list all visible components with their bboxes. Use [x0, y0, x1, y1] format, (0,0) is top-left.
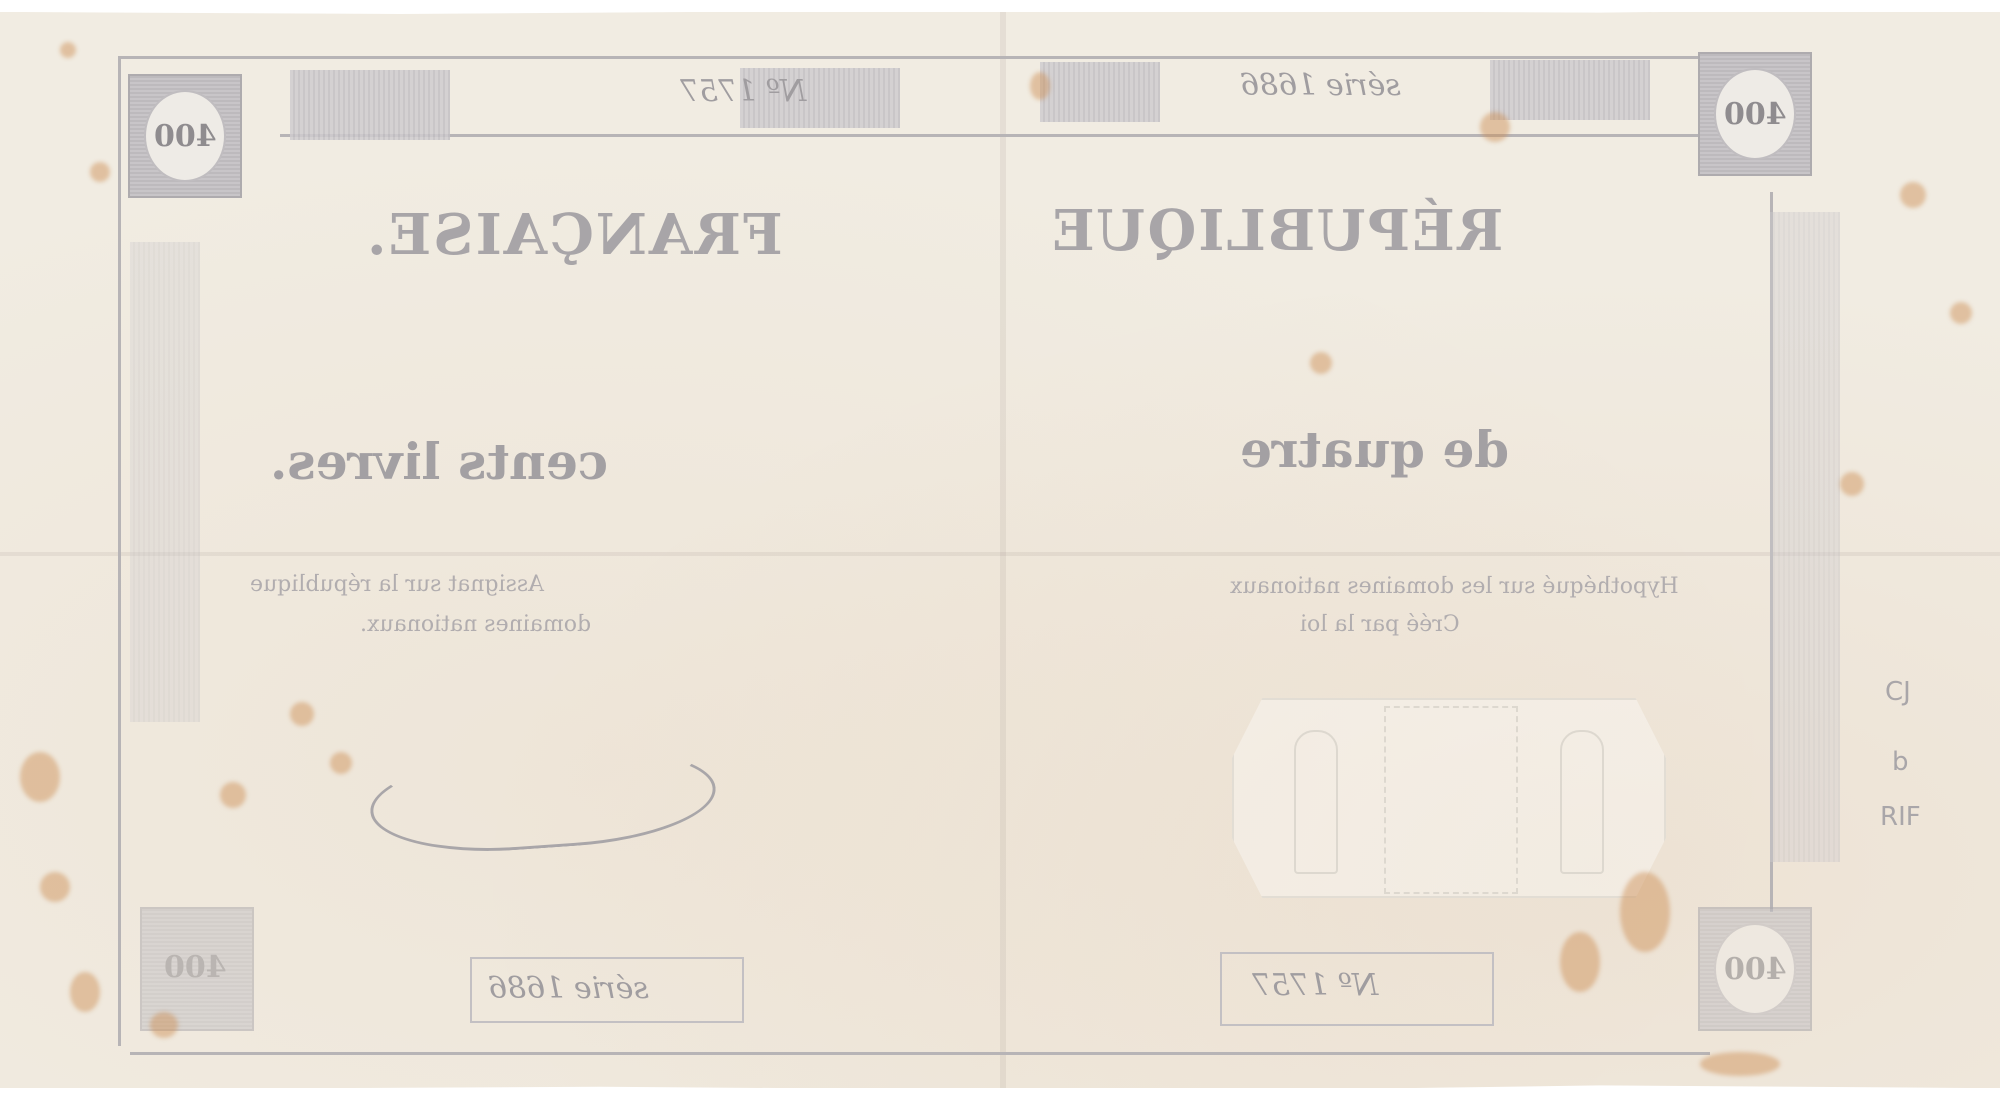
- foxing-stain: [1700, 1052, 1780, 1076]
- foxing-stain: [1310, 352, 1332, 374]
- right-side-band: [1770, 212, 1840, 862]
- embossed-dry-seal: [1232, 698, 1666, 898]
- domaine-line-right-1: Hypothéqué sur les domaines nationaux: [1230, 574, 1679, 599]
- top-band-block-1: [290, 70, 450, 140]
- bottom-serie-panel: série 1686: [470, 957, 744, 1023]
- left-side-band: [130, 242, 200, 722]
- foxing-stain: [40, 872, 70, 902]
- frame-top-line: [118, 56, 1708, 59]
- pencil-note-2: b: [1892, 747, 1909, 777]
- foxing-stain: [60, 42, 76, 58]
- seal-center-ornament: [1384, 706, 1518, 894]
- domaine-line-left-1: Assignat sur la république: [250, 572, 544, 597]
- serie-top: série 1686: [1240, 68, 1401, 103]
- serie-bottom: série 1686: [488, 971, 649, 1006]
- value-de-quatre: de quatre: [1240, 420, 1509, 479]
- corner-medallion-top-right: 400: [1698, 52, 1812, 176]
- domaine-line-right-2: Créé par la loi: [1300, 612, 1460, 637]
- foxing-stain: [90, 162, 110, 182]
- top-band-block-4: [1490, 60, 1650, 120]
- banknote-paper: 400 400 400 400 Nº 1757 série 1686 FRANÇ…: [0, 12, 2000, 1088]
- corner-value-bottom-right: 400: [1724, 952, 1787, 987]
- foxing-stain: [1620, 872, 1670, 952]
- foxing-stain: [290, 702, 314, 726]
- foxing-stain: [1030, 72, 1050, 100]
- foxing-stain: [1900, 182, 1926, 208]
- title-republique: RÉPUBLIQUE: [1050, 198, 1503, 264]
- horizontal-fold: [0, 552, 2000, 556]
- foxing-stain: [70, 972, 100, 1012]
- title-francaise: FRANÇAISE.: [365, 202, 783, 268]
- foxing-stain: [1950, 302, 1972, 324]
- frame-bottom-line: [130, 1052, 1710, 1055]
- signature-flourish: [367, 740, 719, 860]
- corner-value-bottom-left: 400: [164, 950, 227, 985]
- number-top: Nº 1757: [680, 74, 806, 109]
- vertical-fold: [1000, 12, 1006, 1088]
- bottom-number-panel: Nº 1757: [1220, 952, 1494, 1026]
- frame-left-line: [118, 56, 121, 1046]
- value-cents-livres: cents livres.: [270, 432, 608, 491]
- corner-value-top-right: 400: [1724, 97, 1787, 132]
- pencil-note-3: RIF: [1880, 802, 1921, 832]
- seal-figure-right: [1560, 730, 1604, 874]
- foxing-stain: [20, 752, 60, 802]
- foxing-stain: [1840, 472, 1864, 496]
- domaine-line-left-2: domaines nationaux.: [360, 612, 591, 637]
- seal-figure-left: [1294, 730, 1338, 874]
- number-bottom: Nº 1757: [1252, 968, 1378, 1003]
- corner-medallion-top-left: 400: [128, 74, 242, 198]
- foxing-stain: [330, 752, 352, 774]
- corner-medallion-bottom-right: 400: [1698, 907, 1812, 1031]
- pencil-note-1: CJ: [1885, 677, 1911, 707]
- top-band-block-3: [1040, 62, 1160, 122]
- foxing-stain: [1560, 932, 1600, 992]
- foxing-stain: [220, 782, 246, 808]
- foxing-stain: [150, 1012, 178, 1038]
- foxing-stain: [1480, 112, 1510, 142]
- corner-value-top-left: 400: [154, 119, 217, 154]
